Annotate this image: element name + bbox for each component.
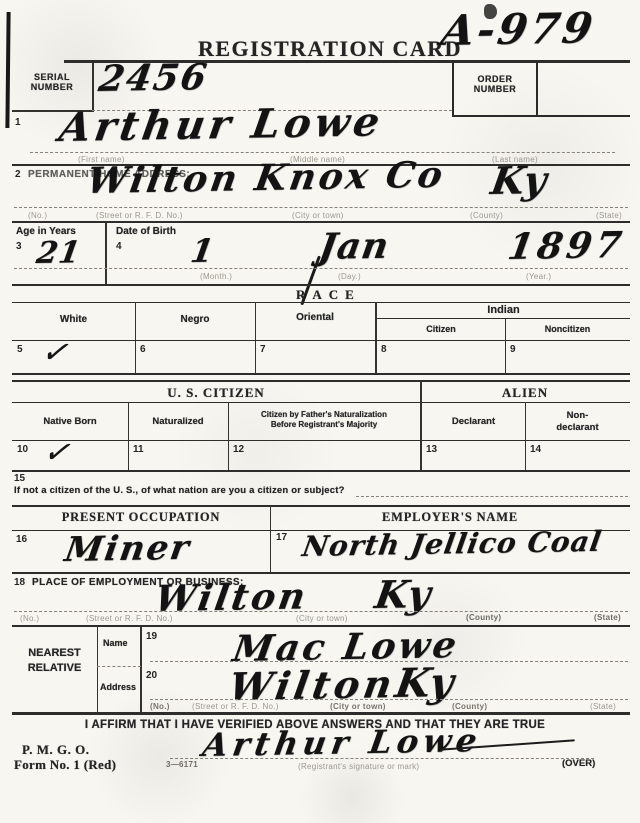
employer-num-17: 17 [276,532,287,543]
form-number-label: Form No. 1 (Red) [14,757,116,773]
relative-num-20: 20 [146,670,157,681]
race-header: RACE [296,287,361,303]
line18-sublabel-state: (State) [594,613,621,622]
stamp-number: A-979 [438,3,599,55]
relative-address-label: Address [100,682,136,692]
citizen-num-13: 13 [426,444,437,455]
dob-number: 4 [116,241,122,252]
race-bottom-rule [12,373,630,375]
non-declarant-line1: Non- [567,410,589,421]
father-naturalization-line2: Before Registrant's Majority [271,420,377,429]
line2-sublabel-state: (State) [596,211,622,220]
citizen-header-rule [12,402,630,403]
line2-sublabel-city: (City or town) [292,211,344,220]
relative-bottom-rule [12,712,630,715]
occupation-header: PRESENT OCCUPATION [12,510,270,525]
line18-baseline [14,611,628,612]
relative-sublabel-no: (No.) [150,702,170,711]
occupation-divider [270,505,271,572]
dob-rule [12,284,630,286]
race-top-rule [12,302,630,303]
registrant-name-value: Arthur Lowe [56,98,387,151]
line15-answer-line [356,496,628,497]
race-col-line-1 [135,302,136,374]
relative-sublabel-state: (State) [590,702,616,711]
citizen-num-12: 12 [233,444,244,455]
native-born-label: Native Born [12,416,128,427]
race-col-noncitizen-label: Noncitizen [505,324,630,334]
age-value: 21 [34,235,83,271]
line18-sublabel-street: (Street or R. F. D. No.) [86,614,173,623]
relative-sublabel-city: (City or town) [330,702,386,711]
line2-sublabel-no: (No.) [28,211,47,220]
dob-sublabel-day: (Day.) [338,272,361,281]
age-dob-divider [105,221,107,285]
print-code: 3—6171 [166,760,198,769]
dob-year-value: 1897 [505,224,628,268]
dob-label: Date of Birth [116,226,176,237]
race-col-oriental-label: Oriental [255,312,375,323]
address-value: Wilton Knox Co [84,154,448,202]
declarant-label: Declarant [422,416,525,427]
alien-header: ALIEN [420,385,630,401]
line18-sublabel-no: (No.) [20,614,39,623]
relative-box-line-1 [97,627,98,712]
scan-artifact-left-bar [5,12,10,128]
occupation-num-16: 16 [16,534,27,545]
employment-city-value: Wilton [152,575,311,620]
race-col-citizen-label: Citizen [377,324,505,334]
line18-number: 18 [14,577,25,588]
dob-sublabel-month: (Month.) [200,272,232,281]
signature-baseline [170,758,594,759]
race-mid-rule [12,340,630,341]
order-label-line1: ORDER [477,74,512,84]
occupation-value: Miner [62,528,194,570]
citizen-num-10: 10 [17,444,28,455]
non-declarant-label: Non- declarant [525,410,630,435]
line1-baseline [30,152,615,153]
father-naturalization-label: Citizen by Father's Naturalization Befor… [228,410,420,431]
address-state-value: Ky [488,157,551,203]
over-label: (OVER) [562,758,595,769]
line15-question: If not a citizen of the U. S., of what n… [14,485,345,496]
citizen-num-14: 14 [530,444,541,455]
naturalized-label: Naturalized [128,416,228,427]
relative-address-baseline [150,699,628,700]
citizen-top-rule [12,380,630,382]
dob-month-value: 1 [188,232,217,270]
line2-baseline [14,207,628,208]
relative-mid-rule [97,666,141,667]
relative-name-label: Name [103,638,128,648]
pmgo-label: P. M. G. O. [22,742,90,758]
serial-label-line2: NUMBER [31,82,74,92]
citizen-bottom-rule [12,470,630,472]
line15-number: 15 [14,473,25,484]
order-number-box: ORDER NUMBER [452,63,538,117]
dob-baseline [14,268,628,269]
race-num-6: 6 [140,344,146,355]
citizen-mid-rule [12,440,630,441]
employer-header: EMPLOYER'S NAME [270,510,630,525]
order-number-value-box [534,63,630,117]
order-label-line2: NUMBER [474,84,517,94]
card-title: REGISTRATION CARD [198,36,462,62]
registration-card-scan: REGISTRATION CARD A-979 SERIAL NUMBER 24… [0,0,640,823]
dob-sublabel-year: (Year.) [526,272,551,281]
dob-day-value: Jan [316,225,392,268]
race-num-8: 8 [381,344,387,355]
race-col-negro-label: Negro [135,314,255,325]
nearest-relative-label: NEAREST RELATIVE [12,646,97,677]
relative-box-line-2 [140,627,142,712]
relative-num-19: 19 [146,631,157,642]
relative-sublabel-county: (County) [452,702,487,711]
line2-number: 2 [15,169,21,180]
line2-sublabel-county: (County) [470,211,503,220]
signature-sublabel: (Registrant's signature or mark) [298,762,419,771]
race-num-5: 5 [17,344,23,355]
relative-sublabel-street: (Street or R. F. D. No.) [192,702,279,711]
employer-value: North Jellico Coal [300,525,604,563]
race-indian-group-label: Indian [377,304,630,316]
father-naturalization-line1: Citizen by Father's Naturalization [261,410,387,419]
race-indian-rule [377,318,630,319]
citizen-col-line-1 [128,402,129,470]
line18-sublabel-city: (City or town) [296,614,348,623]
occupation-bottom-rule [12,572,630,574]
us-citizen-header: U. S. CITIZEN [12,385,420,401]
line18-sublabel-county: (County) [466,613,501,622]
serial-label-line1: SERIAL [34,72,70,82]
line2-sublabel-street: (Street or R. F. D. No.) [96,211,183,220]
race-num-9: 9 [510,344,516,355]
serial-number-value: 2456 [96,56,211,100]
age-number: 3 [16,241,22,252]
citizen-num-11: 11 [133,444,144,455]
nearest-relative-line1: NEAREST [28,647,81,659]
non-declarant-line2: declarant [556,422,598,433]
nearest-relative-line2: RELATIVE [28,662,82,674]
race-num-7: 7 [260,344,266,355]
occupation-top-rule [12,505,630,507]
line1-number: 1 [15,117,21,128]
race-col-white-label: White [12,314,135,325]
